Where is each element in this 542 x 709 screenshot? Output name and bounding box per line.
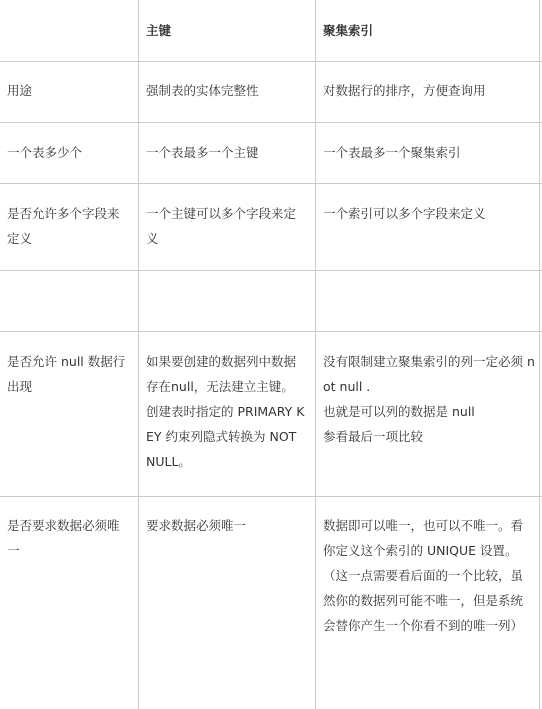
primary-key-cell: 强制表的实体完整性: [138, 62, 315, 122]
cell-text-line: 数据即可以唯一，也可以不唯一。看你定义这个索引的 UNIQUE 设置。: [323, 513, 535, 563]
cell-text-line: 也就是可以列的数据是 null: [323, 399, 535, 424]
primary-key-cell: 一个主键可以多个字段来定义: [138, 184, 315, 270]
primary-key-cell: [138, 271, 315, 331]
comparison-table: 主键 聚集索引 用途 强制表的实体完整性 对数据行的排序，方便查询用 一个表多少…: [0, 0, 542, 709]
cell-text: 一个主键可以多个字段来定义: [146, 201, 308, 251]
header-cell-primary-key: 主键: [138, 0, 315, 61]
clustered-index-cell: 没有限制建立聚集索引的列一定必须 not null . 也就是可以列的数据是 n…: [315, 332, 540, 496]
cell-text: 一个表最多一个聚集索引: [323, 140, 535, 165]
row-label-cell: 是否允许 null 数据行出现: [0, 332, 138, 496]
row-label-cell: 是否允许多个字段来定义: [0, 184, 138, 270]
cell-text: 一个表最多一个主键: [146, 140, 308, 165]
cell-text-line: 参看最后一项比较: [323, 424, 535, 449]
header-cell-clustered-index: 聚集索引: [315, 0, 540, 61]
primary-key-cell: 一个表最多一个主键: [138, 123, 315, 183]
table-row: 一个表多少个 一个表最多一个主键 一个表最多一个聚集索引: [0, 123, 542, 184]
clustered-index-cell: 对数据行的排序，方便查询用: [315, 62, 540, 122]
cell-text: 强制表的实体完整性: [146, 78, 308, 103]
row-label: 是否允许 null 数据行出现: [7, 349, 131, 399]
header-cell-empty: [0, 0, 138, 61]
cell-text: 要求数据必须唯一: [146, 513, 308, 538]
row-label-cell: 是否要求数据必须唯一: [0, 497, 138, 709]
cell-text: 对数据行的排序，方便查询用: [323, 78, 535, 103]
table-row: 是否允许多个字段来定义 一个主键可以多个字段来定义 一个索引可以多个字段来定义: [0, 184, 542, 271]
table-row: 用途 强制表的实体完整性 对数据行的排序，方便查询用: [0, 62, 542, 123]
header-label: 主键: [146, 18, 308, 43]
cell-text-line: 如果要创建的数据列中数据存在null，无法建立主键。: [146, 349, 308, 399]
clustered-index-cell: 数据即可以唯一，也可以不唯一。看你定义这个索引的 UNIQUE 设置。 （这一点…: [315, 497, 540, 709]
row-label: 是否要求数据必须唯一: [7, 513, 131, 563]
row-label: 一个表多少个: [7, 140, 131, 165]
header-label: 聚集索引: [323, 18, 535, 43]
clustered-index-cell: 一个表最多一个聚集索引: [315, 123, 540, 183]
table-header-row: 主键 聚集索引: [0, 0, 542, 62]
table-row: 是否要求数据必须唯一 要求数据必须唯一 数据即可以唯一，也可以不唯一。看你定义这…: [0, 497, 542, 709]
cell-text: 一个索引可以多个字段来定义: [323, 201, 535, 226]
clustered-index-cell: 一个索引可以多个字段来定义: [315, 184, 540, 270]
clustered-index-cell: [315, 271, 540, 331]
row-label-cell: [0, 271, 138, 331]
row-label-cell: 用途: [0, 62, 138, 122]
row-label-cell: 一个表多少个: [0, 123, 138, 183]
table-row-empty: [0, 271, 542, 332]
cell-text-line: （这一点需要看后面的一个比较，虽然你的数据列可能不唯一，但是系统会替你产生一个你…: [323, 563, 535, 638]
row-label: 是否允许多个字段来定义: [7, 201, 131, 251]
primary-key-cell: 要求数据必须唯一: [138, 497, 315, 709]
row-label: 用途: [7, 78, 131, 103]
table-row: 是否允许 null 数据行出现 如果要创建的数据列中数据存在null，无法建立主…: [0, 332, 542, 497]
primary-key-cell: 如果要创建的数据列中数据存在null，无法建立主键。 创建表时指定的 PRIMA…: [138, 332, 315, 496]
cell-text-line: 创建表时指定的 PRIMARY KEY 约束列隐式转换为 NOT NULL。: [146, 399, 308, 474]
cell-text-line: 没有限制建立聚集索引的列一定必须 not null .: [323, 349, 535, 399]
